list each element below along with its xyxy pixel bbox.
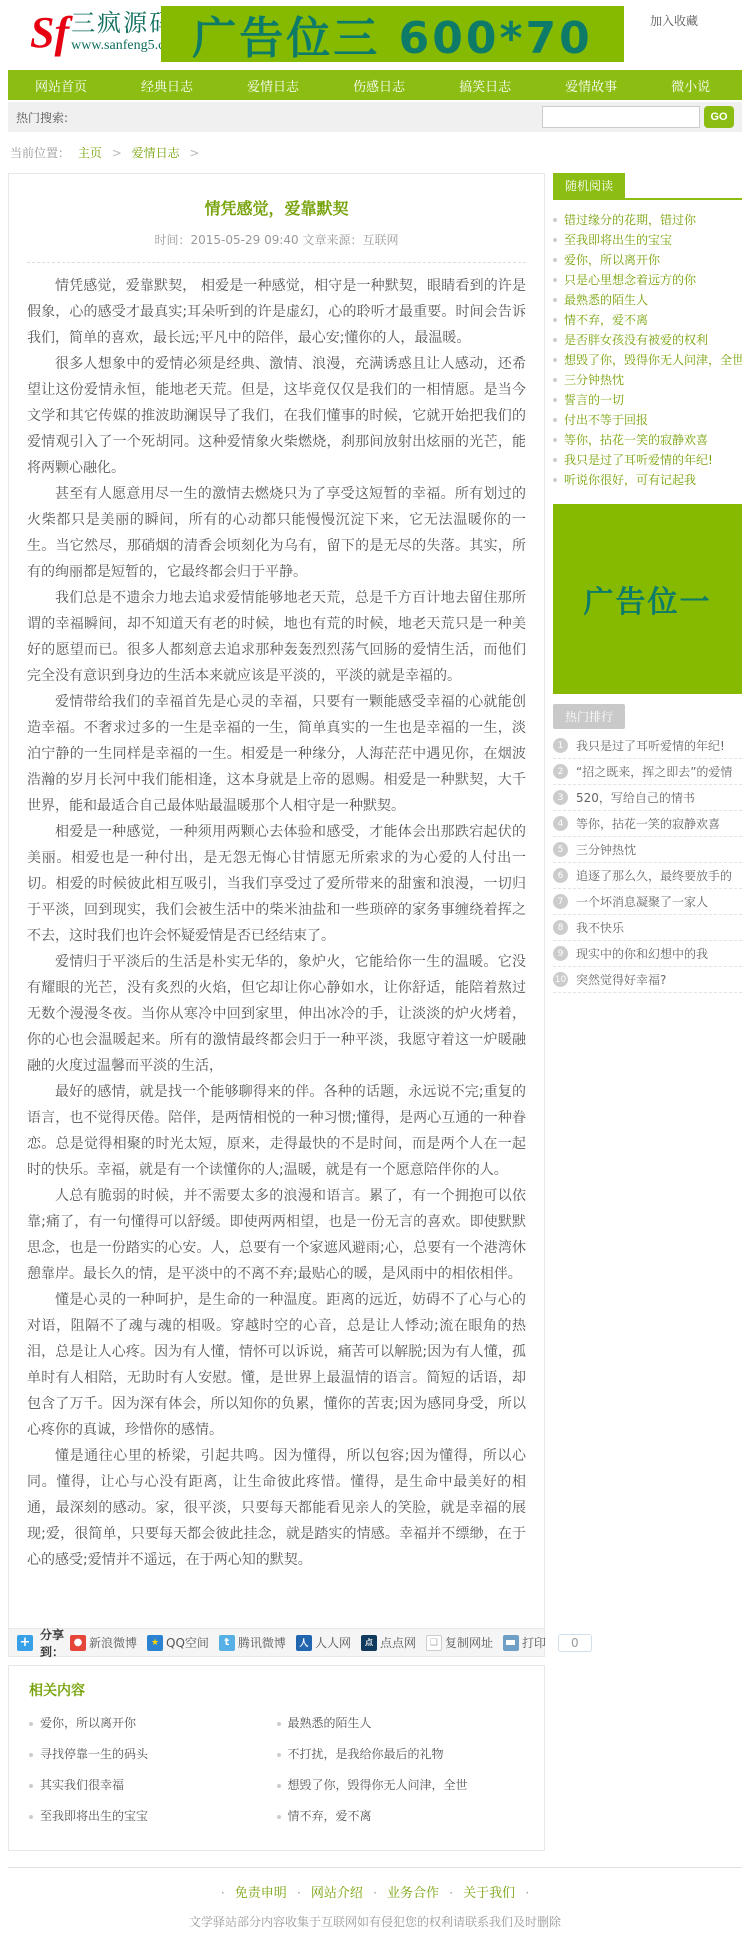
- related-link[interactable]: 不打扰，是我给你最后的礼物: [277, 1739, 525, 1770]
- bullet-dot-icon: [553, 438, 557, 442]
- hot-link[interactable]: 1我只是过了耳听爱情的年纪!: [553, 733, 742, 759]
- bullet-dot-icon: [553, 358, 557, 362]
- sidebar: 随机阅读 错过缘分的花期，错过你 至我即将出生的宝宝 爱你，所以离开你 只是心里…: [553, 173, 742, 993]
- breadcrumb: 当前位置： 主页 > 爱情日志 >: [8, 132, 742, 173]
- article-paragraph: 情凭感觉，爱靠默契， 相爱是一种感觉，相守是一种默契，眼睛看到的许是假象，心的感…: [27, 273, 526, 351]
- rank-badge: 9: [553, 946, 568, 961]
- article-paragraph: 很多人想象中的爱情必须是经典、激情、浪漫，充满诱惑且让人感动，还希望让这份爱情永…: [27, 351, 526, 481]
- search-input[interactable]: [542, 106, 700, 128]
- site-header: Sf 三疯源码网 www.sanfeng5.com 广告位三 600*70 加入…: [8, 0, 742, 70]
- sidebar-ad[interactable]: 广告位一: [553, 504, 742, 694]
- breadcrumb-separator: >: [189, 146, 199, 160]
- related-content-card: 相关内容 爱你，所以离开你 最熟悉的陌生人 寻找停靠一生的码头 不打扰，是我给你…: [8, 1665, 545, 1851]
- content-column: 情凭感觉，爱靠默契 时间：2015-05-29 09:40 文章来源：互联网 情…: [8, 173, 545, 1851]
- random-link[interactable]: 是否胖女孩没有被爱的权利: [553, 330, 742, 350]
- nav-item-love[interactable]: 爱情日志: [220, 76, 326, 95]
- footer-disclaimer: 文学驿站部分内容收集于互联网如有侵犯您的权利请联系我们及时删除: [8, 1913, 742, 1930]
- related-title: 相关内容: [29, 1680, 524, 1700]
- breadcrumb-separator: >: [112, 146, 122, 160]
- bullet-dot-icon: [553, 218, 557, 222]
- random-link[interactable]: 至我即将出生的宝宝: [553, 230, 742, 250]
- article-paragraph: 人总有脆弱的时候，并不需要太多的浪漫和语言。累了，有一个拥抱可以依靠;痛了，有一…: [27, 1183, 526, 1287]
- nav-item-home[interactable]: 网站首页: [8, 76, 114, 95]
- share-diandian[interactable]: 点点点网: [361, 1634, 416, 1651]
- bullet-dot-icon: [553, 338, 557, 342]
- share-sina-weibo[interactable]: ●新浪微博: [70, 1634, 137, 1651]
- breadcrumb-home-link[interactable]: 主页: [78, 146, 102, 160]
- random-link[interactable]: 誓言的一切: [553, 390, 742, 410]
- bullet-dot-icon: [277, 1722, 281, 1726]
- diandian-icon: 点: [361, 1635, 377, 1651]
- article-paragraph: 相爱是一种感觉，一种须用两颗心去体验和感受，才能体会出那跌宕起伏的美丽。相爱也是…: [27, 819, 526, 949]
- share-count-badge: 0: [558, 1634, 592, 1652]
- hot-link[interactable]: 6追逐了那么久，最终要放手的: [553, 863, 742, 889]
- related-link[interactable]: 想毁了你，毁得你无人问津，全世: [277, 1770, 525, 1801]
- random-link[interactable]: 等你，拈花一笑的寂静欢喜: [553, 430, 742, 450]
- share-renren[interactable]: 人人人网: [296, 1634, 351, 1651]
- search-bar: 热门搜索: GO: [8, 102, 742, 132]
- bullet-dot-icon: [277, 1815, 281, 1819]
- rank-badge: 4: [553, 816, 568, 831]
- hot-search-label: 热门搜索:: [16, 109, 68, 126]
- hot-link[interactable]: 2“招之既来，挥之即去”的爱情: [553, 759, 742, 785]
- nav-item-sad[interactable]: 伤感日志: [326, 76, 432, 95]
- breadcrumb-category-link[interactable]: 爱情日志: [132, 146, 180, 160]
- article-paragraph: 懂是心灵的一种呵护，是生命的一种温度。距离的远近，妨碍不了心与心的对语，阻隔不了…: [27, 1287, 526, 1443]
- bullet-dot-icon: [553, 478, 557, 482]
- hot-ranking-list: 1我只是过了耳听爱情的年纪! 2“招之既来，挥之即去”的爱情 3520，写给自己…: [553, 733, 742, 993]
- bullet-dot-icon: [277, 1753, 281, 1757]
- share-plus-icon[interactable]: +: [17, 1635, 33, 1651]
- random-link[interactable]: 听说你很好，可有记起我: [553, 470, 742, 490]
- renren-icon: 人: [296, 1635, 312, 1651]
- hot-link[interactable]: 4等你，拈花一笑的寂静欢喜: [553, 811, 742, 837]
- bullet-dot-icon: [553, 378, 557, 382]
- tencent-weibo-icon: t: [219, 1635, 235, 1651]
- article-paragraph: 爱情带给我们的幸福首先是心灵的幸福，只要有一颗能感受幸福的心就能创造幸福。不奢求…: [27, 689, 526, 819]
- nav-item-funny[interactable]: 搞笑日志: [432, 76, 538, 95]
- hot-link[interactable]: 9现实中的你和幻想中的我: [553, 941, 742, 967]
- search-go-button[interactable]: GO: [704, 106, 734, 128]
- article-paragraph: 甚至有人愿意用尽一生的激情去燃烧只为了享受这短暂的幸福。所有划过的火柴都只是美丽…: [27, 481, 526, 585]
- bullet-dot-icon: [29, 1815, 33, 1819]
- hot-link[interactable]: 5三分钟热忱: [553, 837, 742, 863]
- hot-ranking-tab: 热门排行: [553, 704, 625, 729]
- article-card: 情凭感觉，爱靠默契 时间：2015-05-29 09:40 文章来源：互联网 情…: [8, 173, 545, 1657]
- add-favorite-link[interactable]: 加入收藏: [650, 12, 698, 29]
- footer-link-about-site[interactable]: 网站介绍: [311, 1886, 363, 1901]
- copy-url-icon: ❏: [426, 1635, 442, 1651]
- bullet-dot-icon: [553, 238, 557, 242]
- share-print[interactable]: 打印: [503, 1634, 546, 1651]
- rank-badge: 2: [553, 764, 568, 779]
- share-bar: + 分享到： ●新浪微博 ★QQ空间 t腾讯微博 人人人网 点点点网 ❏复制网址…: [9, 1628, 544, 1656]
- random-link[interactable]: 爱你，所以离开你: [553, 250, 742, 270]
- article-paragraph: 最好的感情，就是找一个能够聊得来的伴。各种的话题，永远说不完;重复的语言，也不觉…: [27, 1079, 526, 1183]
- nav-item-classic[interactable]: 经典日志: [114, 76, 220, 95]
- bullet-dot-icon: [553, 258, 557, 262]
- random-reading-list: 错过缘分的花期，错过你 至我即将出生的宝宝 爱你，所以离开你 只是心里想念着远方…: [553, 210, 742, 490]
- random-link[interactable]: 付出不等于回报: [553, 410, 742, 430]
- bullet-dot-icon: [553, 458, 557, 462]
- random-link[interactable]: 我只是过了耳听爱情的年纪!: [553, 450, 742, 470]
- bullet-dot-icon: [553, 278, 557, 282]
- footer-link-disclaimer[interactable]: 免责申明: [235, 1886, 287, 1901]
- bullet-dot-icon: [29, 1784, 33, 1788]
- footer-link-business[interactable]: 业务合作: [387, 1886, 439, 1901]
- random-link[interactable]: 错过缘分的花期，错过你: [553, 210, 742, 230]
- rank-badge: 5: [553, 842, 568, 857]
- logo-sf-mark: Sf: [30, 10, 69, 56]
- main-area: 情凭感觉，爱靠默契 时间：2015-05-29 09:40 文章来源：互联网 情…: [8, 173, 742, 1851]
- sina-weibo-icon: ●: [70, 1635, 86, 1651]
- share-tencent-weibo[interactable]: t腾讯微博: [219, 1634, 286, 1651]
- hot-link[interactable]: 8我不快乐: [553, 915, 742, 941]
- bullet-dot-icon: [553, 398, 557, 402]
- share-qzone[interactable]: ★QQ空间: [147, 1634, 209, 1651]
- random-link[interactable]: 想毁了你，毁得你无人问津，全世: [553, 350, 742, 370]
- random-reading-tab: 随机阅读: [553, 173, 625, 198]
- related-link[interactable]: 爱你，所以离开你: [29, 1708, 277, 1739]
- share-label: 分享到：: [40, 1626, 64, 1660]
- article-paragraph: 我们总是不遗余力地去追求爱情能够地老天荒，总是千方百计地去留住那所谓的幸福瞬间，…: [27, 585, 526, 689]
- rank-badge: 3: [553, 790, 568, 805]
- bullet-dot-icon: [277, 1784, 281, 1788]
- article-paragraph: 爱情归于平淡后的生活是朴实无华的，象炉火，它能给你一生的温暖。它没有耀眼的光芒，…: [27, 949, 526, 1079]
- related-link[interactable]: 最熟悉的陌生人: [277, 1708, 525, 1739]
- print-icon: [503, 1635, 519, 1651]
- random-link[interactable]: 三分钟热忱: [553, 370, 742, 390]
- top-banner-ad[interactable]: 广告位三 600*70: [161, 6, 624, 62]
- rank-badge: 6: [553, 868, 568, 883]
- article-title: 情凭感觉，爱靠默契: [27, 196, 526, 219]
- bullet-dot-icon: [553, 418, 557, 422]
- bullet-dot-icon: [553, 298, 557, 302]
- random-link[interactable]: 情不弃，爱不离: [553, 310, 742, 330]
- article-paragraph: 懂是通往心里的桥梁，引起共鸣。因为懂得，所以包容;因为懂得，所以心同。懂得，让心…: [27, 1443, 526, 1573]
- bullet-dot-icon: [29, 1753, 33, 1757]
- rank-badge: 7: [553, 894, 568, 909]
- random-link[interactable]: 只是心里想念着远方的你: [553, 270, 742, 290]
- random-link[interactable]: 最熟悉的陌生人: [553, 290, 742, 310]
- page: Sf 三疯源码网 www.sanfeng5.com 广告位三 600*70 加入…: [8, 0, 742, 1940]
- bullet-dot-icon: [553, 318, 557, 322]
- rank-badge: 10: [553, 972, 568, 987]
- rank-badge: 8: [553, 920, 568, 935]
- nav-item-micro[interactable]: 微小说: [644, 76, 737, 95]
- bullet-dot-icon: [29, 1722, 33, 1726]
- qzone-star-icon: ★: [147, 1635, 163, 1651]
- nav-item-story[interactable]: 爱情故事: [538, 76, 644, 95]
- rank-badge: 1: [553, 738, 568, 753]
- breadcrumb-label: 当前位置：: [10, 146, 70, 160]
- hot-link[interactable]: 7一个坏消息凝聚了一家人: [553, 889, 742, 915]
- related-link[interactable]: 寻找停靠一生的码头: [29, 1739, 277, 1770]
- article-meta: 时间：2015-05-29 09:40 文章来源：互联网: [27, 231, 526, 248]
- related-link[interactable]: 其实我们很幸福: [29, 1770, 277, 1801]
- divider: [27, 262, 526, 263]
- hot-link[interactable]: 10突然觉得好幸福?: [553, 967, 742, 993]
- related-link[interactable]: 至我即将出生的宝宝: [29, 1801, 277, 1832]
- hot-link[interactable]: 3520，写给自己的情书: [553, 785, 742, 811]
- site-footer: · 免责申明 · 网站介绍 · 业务合作 · 关于我们 · 文学驿站部分内容收集…: [8, 1867, 742, 1940]
- footer-link-about-us[interactable]: 关于我们: [463, 1886, 515, 1901]
- related-link[interactable]: 情不弃，爱不离: [277, 1801, 525, 1832]
- share-copy-url[interactable]: ❏复制网址: [426, 1634, 493, 1651]
- main-nav: 网站首页 经典日志 爱情日志 伤感日志 搞笑日志 爱情故事 微小说: [8, 70, 742, 100]
